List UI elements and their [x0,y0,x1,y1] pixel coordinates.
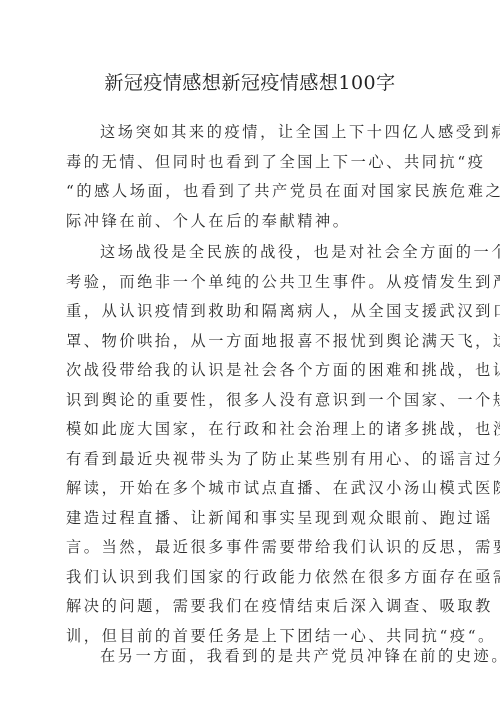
text-line: 识到舆论的重要性，很多人没有意识到一个国家、一个规 [66,386,438,416]
text-line: 有看到最近央视带头为了防止某些别有用心、的谣言过分 [66,445,438,475]
text-line: 建造过程直播、让新闻和事实呈现到观众眼前、跑过谣 [66,504,438,534]
paragraph-1: 这场突如其来的疫情，让全国上下十四亿人感受到病 毒的无情、但同时也看到了全国上下… [66,118,438,236]
document-title: 新冠疫情感想新冠疫情感想100字 [0,68,500,95]
text-line: 际冲锋在前、个人在后的奉献精神。 [66,207,438,237]
text-line: 罩、物价哄抬，从一方面地报喜不报忧到舆论满天飞，这 [66,327,438,357]
text-line: 毒的无情、但同时也看到了全国上下一心、共同抗“疫 [66,148,438,178]
text-line: 在另一方面，我看到的是共产党员冲锋在前的史迹。 [66,642,438,672]
text-line: 解读，开始在多个城市试点直播、在武汉小汤山模式医院 [66,474,438,504]
text-line: 模如此庞大国家，在行政和社会治理上的诸多挑战，也没 [66,415,438,445]
text-line: 次战役带给我的认识是社会各个方面的困难和挑战，也认 [66,356,438,386]
paragraph-2: 这场战役是全民族的战役，也是对社会全方面的一个 考验，而绝非一个单纯的公共卫生事… [66,238,438,651]
text-line: 我们认识到我们国家的行政能力依然在很多方面存在亟需 [66,563,438,593]
text-line: 这场突如其来的疫情，让全国上下十四亿人感受到病 [66,118,438,148]
text-line: 重，从认识疫情到救助和隔离病人，从全国支援武汉到口 [66,297,438,327]
text-line: “的感人场面，也看到了共产党员在面对国家民族危难之 [66,177,438,207]
text-line: 这场战役是全民族的战役，也是对社会全方面的一个 [66,238,438,268]
paragraph-3: 在另一方面，我看到的是共产党员冲锋在前的史迹。 [66,642,438,672]
text-line: 言。当然，最近很多事件需要带给我们认识的反思，需要 [66,533,438,563]
text-line: 考验，而绝非一个单纯的公共卫生事件。从疫情发生到严 [66,268,438,298]
text-line: 解决的问题，需要我们在疫情结束后深入调查、吸取教 [66,592,438,622]
